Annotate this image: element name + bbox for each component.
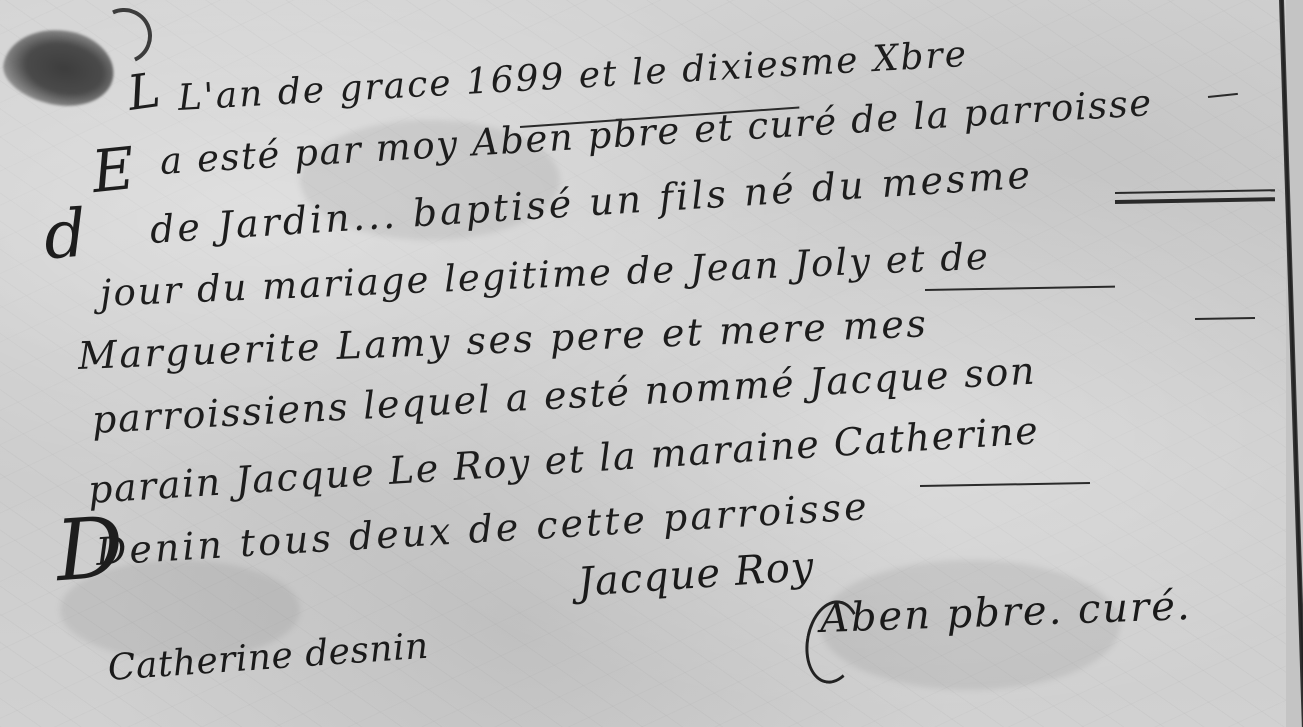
struck-word-line-3b [1115, 189, 1275, 194]
margin-initial-e: E [89, 134, 138, 206]
signature-godfather: Jacque Roy [576, 544, 815, 606]
margin-initial-d: d [41, 195, 89, 275]
margin-initial-l: L [124, 62, 163, 122]
name-underline-joly [925, 286, 1115, 291]
line-8-end-stroke [920, 482, 1090, 487]
line-5-end-dash [1195, 317, 1255, 320]
register-page: L E d D L'an de grace 1699 et le dixiesm… [0, 0, 1303, 727]
line-1-end-dash [1208, 93, 1238, 98]
struck-word-line-3 [1115, 197, 1275, 204]
